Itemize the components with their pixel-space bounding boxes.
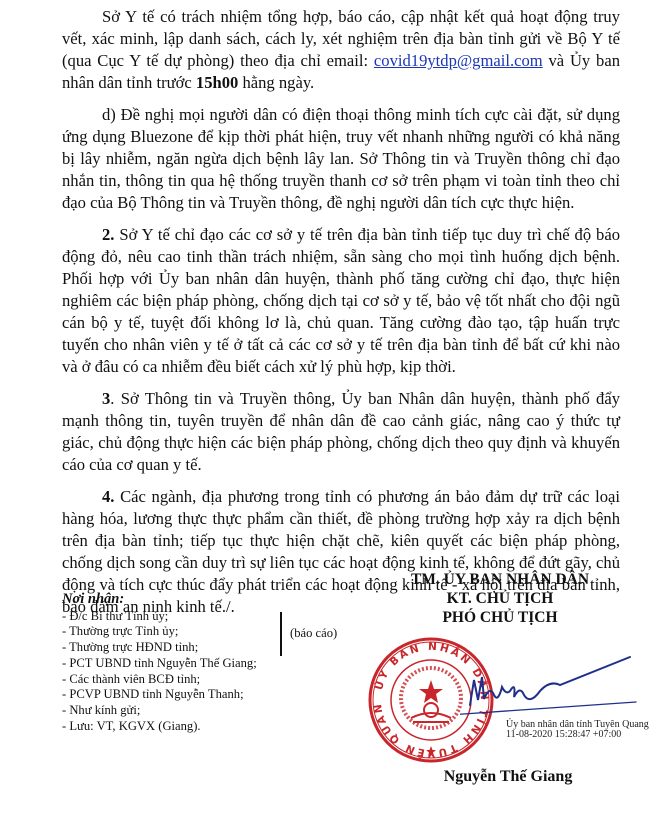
paragraph-reporting: Sở Y tế có trách nhiệm tổng hợp, báo cáo… [62,6,620,94]
recipient-item: - Như kính gửi; [62,703,257,719]
deadline: 15h00 [196,73,238,92]
signature-title: TM. ỦY BAN NHÂN DÂN KT. CHỦ TỊCH PHÓ CHỦ… [380,570,620,627]
handwritten-signature-icon [460,655,640,725]
recipients-block: Nơi nhận: - Đ/c Bí thư Tỉnh ủy; - Thường… [62,592,257,734]
digital-signature-info: Ủy ban nhân dân tỉnh Tuyên Quang 11-08-2… [506,720,649,740]
bracket-divider [280,612,282,656]
item-number: 2. [102,225,114,244]
recipient-item: - Các thành viên BCĐ tỉnh; [62,672,257,688]
bracket-label: (báo cáo) [290,626,337,642]
paragraph-3: 3. Sở Thông tin và Truyền thông, Ủy ban … [62,388,620,476]
paragraph-d-bluezone: d) Đề nghị mọi người dân có điện thoại t… [62,104,620,214]
recipient-item: - Lưu: VT, KGVX (Giang). [62,719,257,735]
signer-name: Nguyễn Thế Giang [418,768,598,786]
item-number: 4. [102,487,114,506]
recipient-item: - Đ/c Bí thư Tỉnh ủy; [62,609,257,625]
recipients-title: Nơi nhận: [62,592,257,608]
email-link[interactable]: covid19ytdp@gmail.com [374,51,543,70]
recipient-item: - Thường trực Tỉnh ủy; [62,624,257,640]
digital-timestamp: 11-08-2020 15:28:47 +07:00 [506,730,649,740]
recipient-item: - PCT UBND tỉnh Nguyễn Thế Giang; [62,656,257,672]
recipient-item: - PCVP UBND tỉnh Nguyễn Thanh; [62,687,257,703]
recipient-item: - Thường trực HĐND tỉnh; [62,640,257,656]
paragraph-2: 2. Sở Y tế chỉ đạo các cơ sở y tế trên đ… [62,224,620,378]
document-body: Sở Y tế có trách nhiệm tổng hợp, báo cáo… [62,6,620,628]
